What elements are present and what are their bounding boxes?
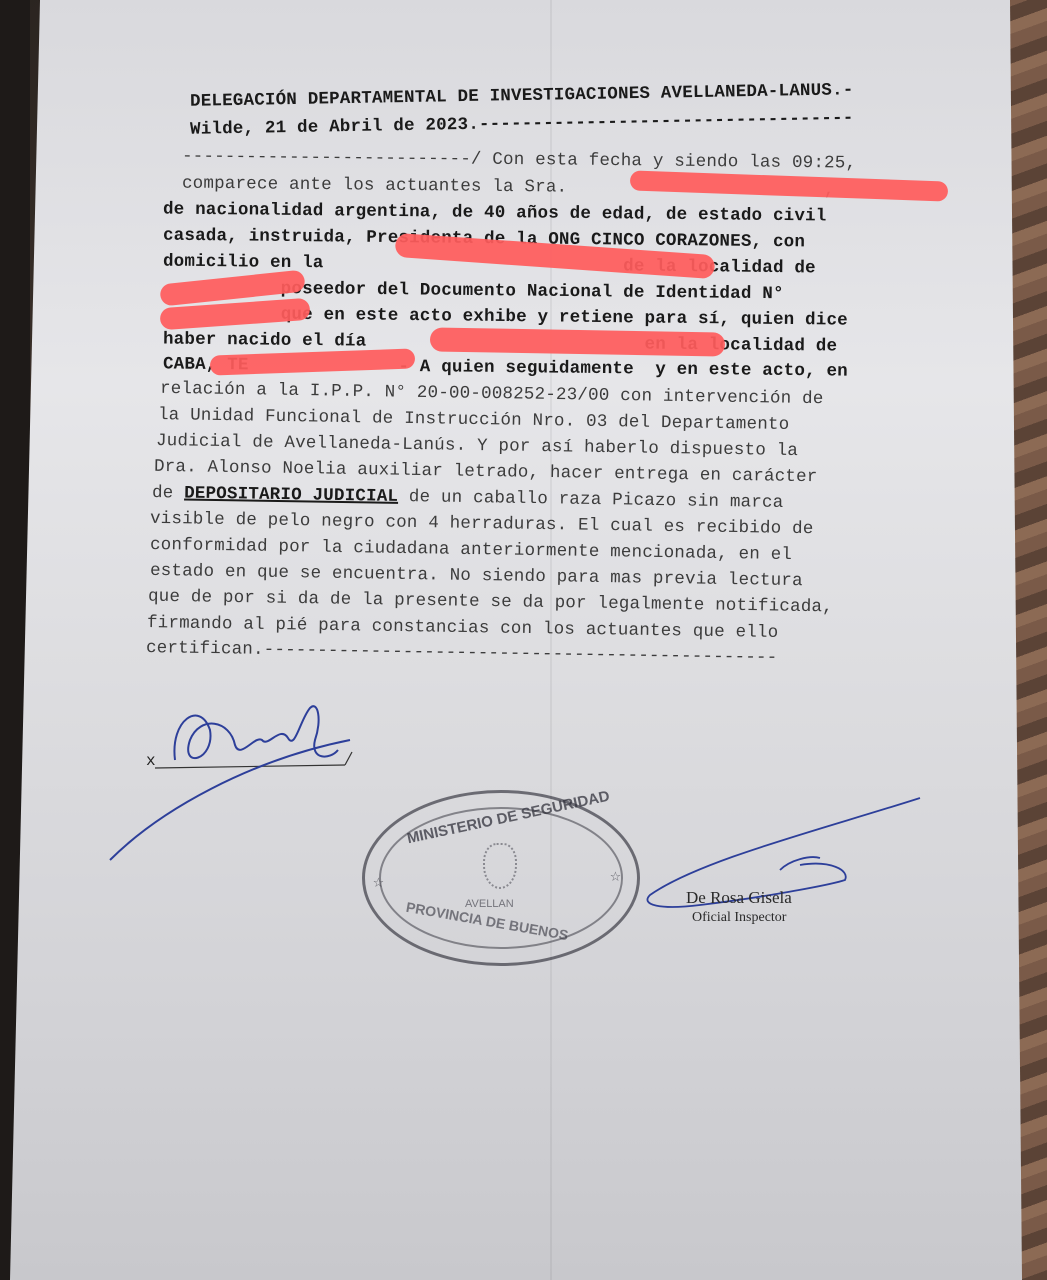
officer-name: De Rosa Gisela <box>686 888 792 908</box>
official-stamp: MINISTERIO DE SEGURIDAD AVELLAN PROVINCI… <box>362 790 640 966</box>
star-icon: ☆ <box>610 865 621 887</box>
signatures-drawing <box>0 0 1047 1280</box>
crest-icon <box>483 843 517 889</box>
stamp-middle-text: AVELLAN <box>465 898 514 910</box>
star-icon: ☆ <box>373 871 384 893</box>
officer-title: Oficial Inspector <box>692 910 786 926</box>
